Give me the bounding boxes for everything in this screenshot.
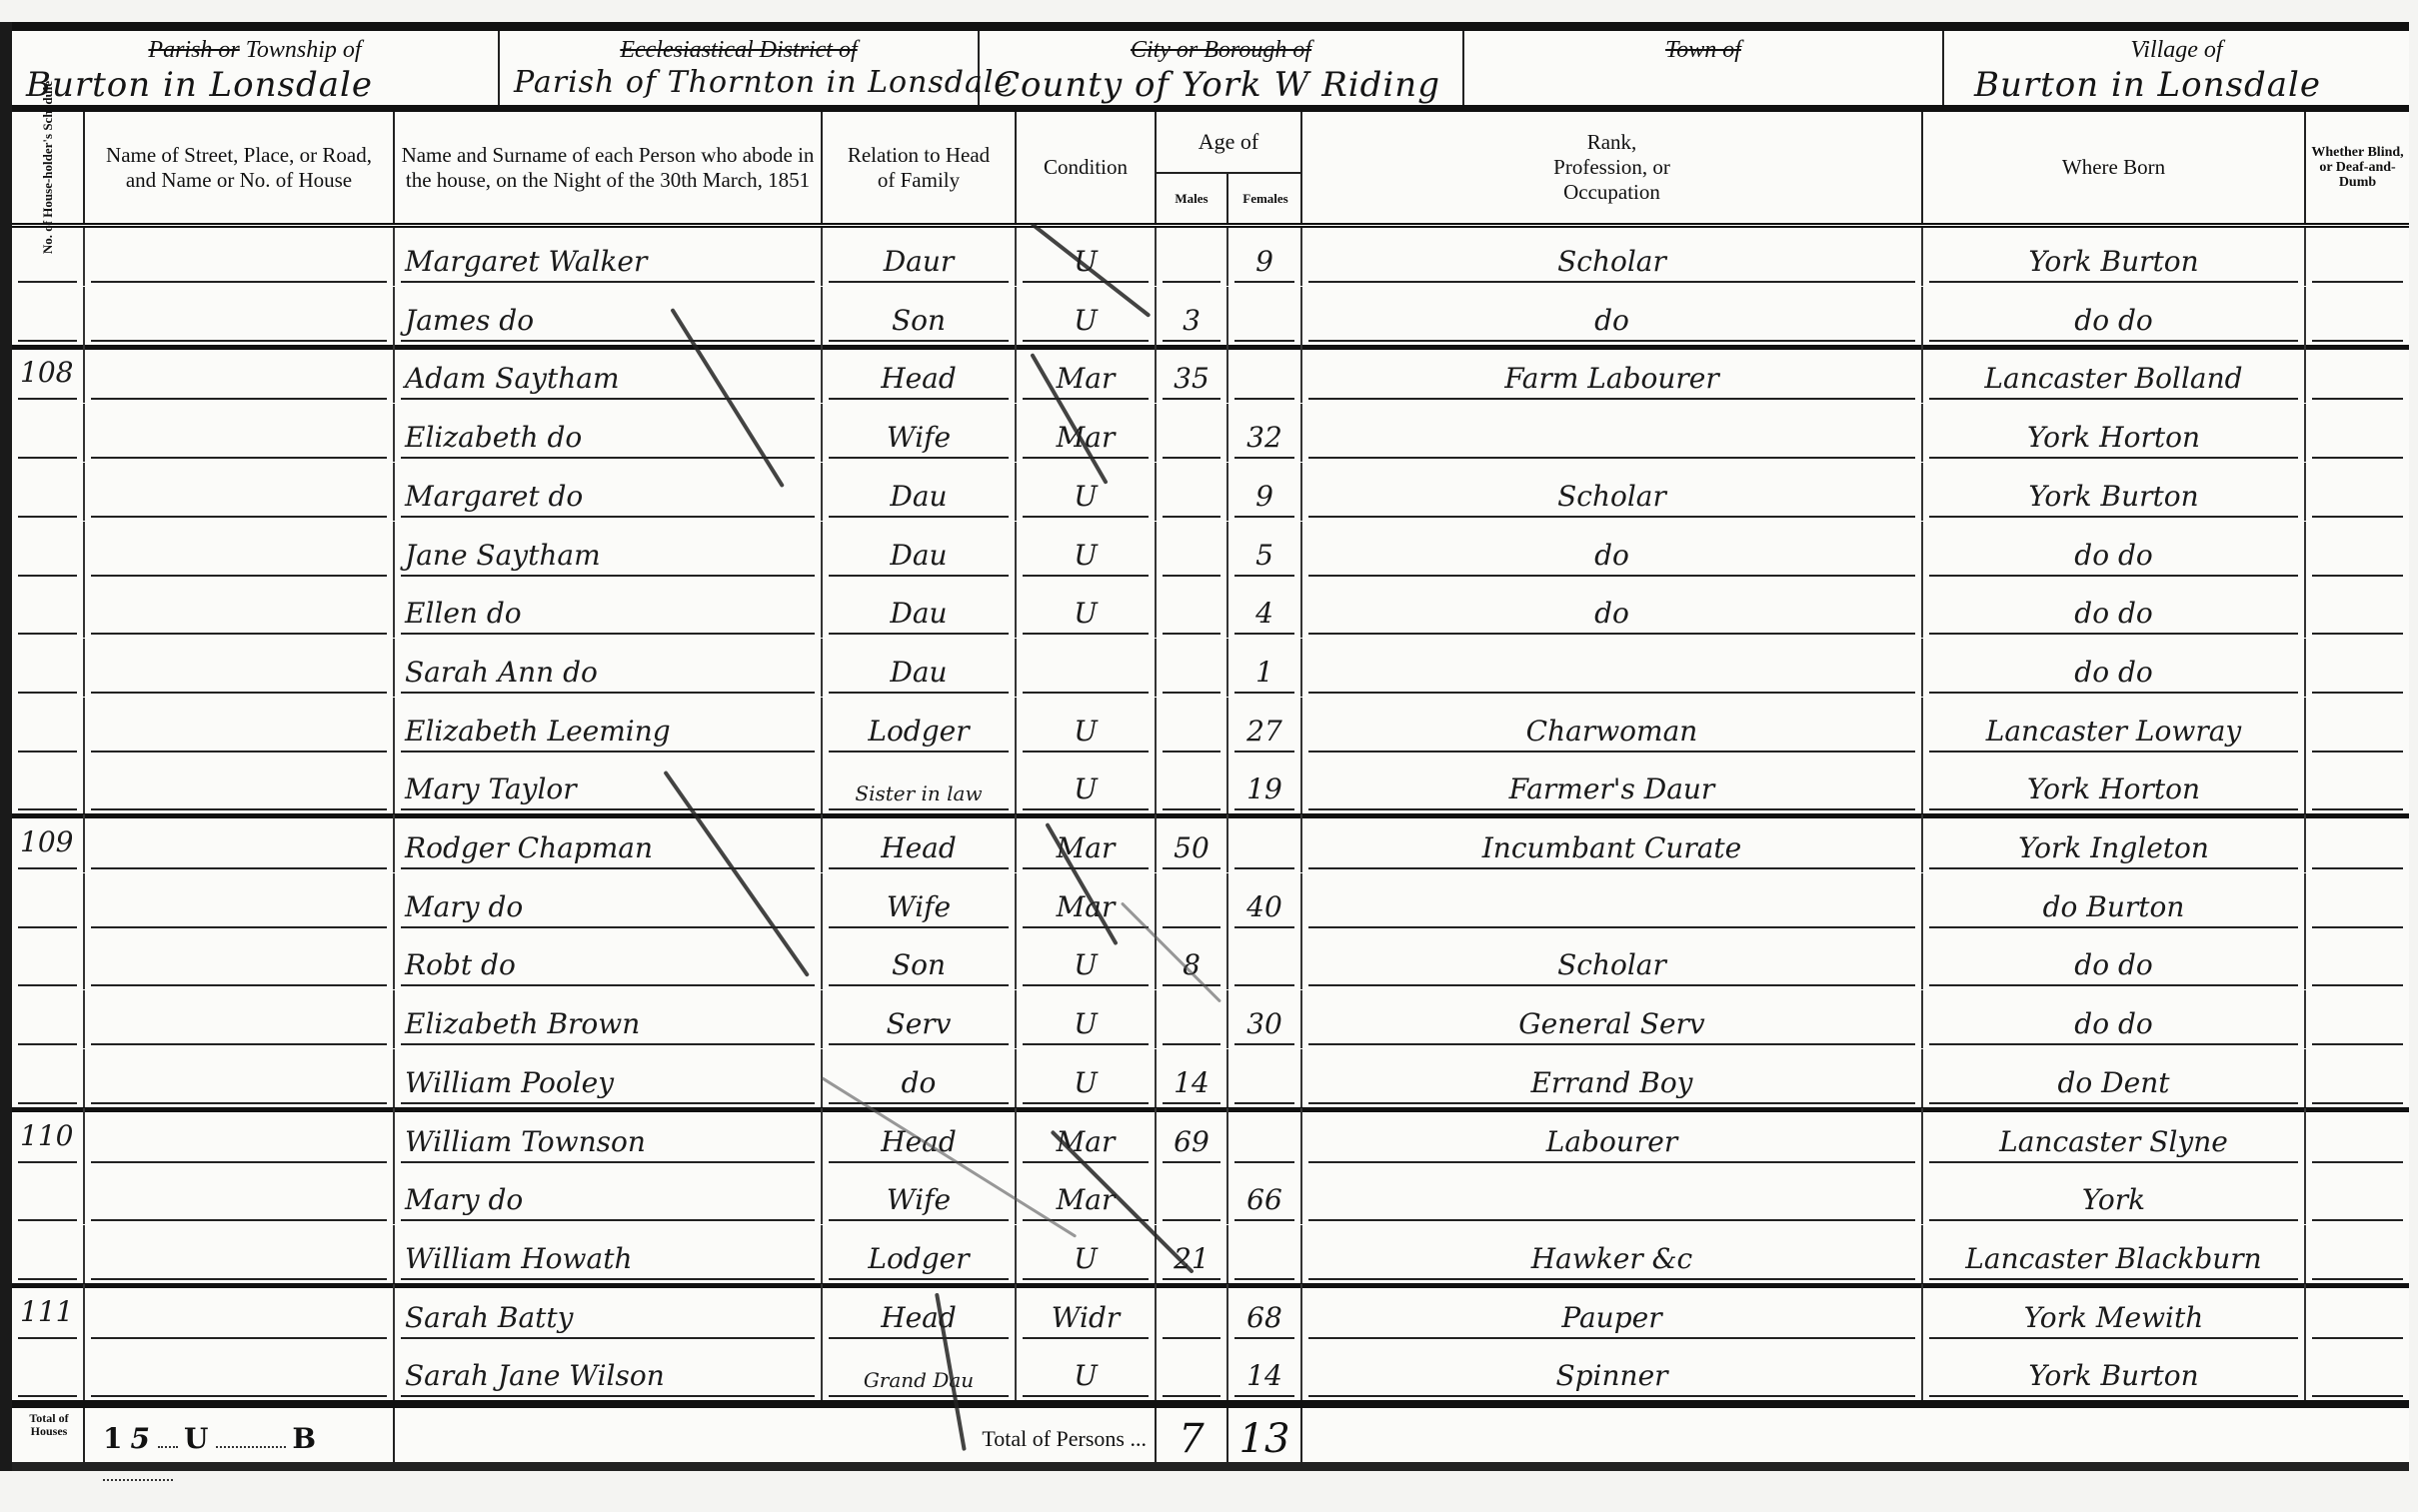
street-address-cell <box>85 814 395 872</box>
census-row: Mary TaylorSister in lawU19Farmer's Daur… <box>12 756 2409 818</box>
person-name-cell: Sarah Batty <box>395 1284 823 1342</box>
male-age: 35 <box>1161 362 1222 395</box>
occupation-cell: do <box>1302 287 1923 345</box>
town-label: Town of <box>1464 37 1942 64</box>
where-born: do do <box>1927 656 2300 689</box>
street-address-cell <box>85 931 395 989</box>
ruled-line <box>1023 1278 1149 1280</box>
ruled-line <box>91 575 387 577</box>
schedule-number: 110 <box>20 1119 77 1152</box>
occupation-cell: Scholar <box>1302 931 1923 989</box>
total-houses-values: 15UB <box>103 1422 393 1488</box>
ruled-line <box>91 340 387 342</box>
person-name: Mary Taylor <box>405 772 815 805</box>
occupation-cell <box>1302 1166 1923 1224</box>
ruled-line <box>829 516 1009 518</box>
census-row: Margaret WalkerDaurU9ScholarYork Burton <box>12 228 2409 286</box>
ruled-line <box>1929 633 2298 635</box>
where-born: Lancaster Blackburn <box>1927 1242 2300 1275</box>
female-age-cell: 40 <box>1228 873 1302 931</box>
where-born-cell: York Burton <box>1923 228 2306 286</box>
person-name: William Townson <box>405 1125 815 1158</box>
marital-condition: U <box>1021 1007 1151 1040</box>
total-males-cell: 7 <box>1157 1408 1228 1462</box>
street-address-cell <box>85 1342 395 1400</box>
male-age-cell: 8 <box>1157 931 1228 989</box>
ruled-line <box>1308 1219 1915 1221</box>
male-age-cell <box>1157 1342 1228 1400</box>
ruled-line <box>1023 281 1149 283</box>
ruled-line <box>1023 1102 1149 1104</box>
ruled-line <box>829 1278 1009 1280</box>
total-houses-label: Total of Houses <box>14 1412 84 1438</box>
ruled-line <box>18 808 77 810</box>
ruled-line <box>401 1219 815 1221</box>
where-born: Lancaster Bolland <box>1927 362 2300 395</box>
census-row: Elizabeth LeemingLodgerU27CharwomanLanca… <box>12 698 2409 756</box>
male-age: 3 <box>1161 304 1222 337</box>
ruled-line <box>1929 1395 2298 1397</box>
ruled-line <box>401 398 815 400</box>
houses-building-label: B <box>292 1422 316 1455</box>
female-age: 5 <box>1232 539 1296 572</box>
ruled-line <box>1308 1161 1915 1163</box>
header-street: Name of Street, Place, or Road, and Name… <box>85 112 395 223</box>
marital-condition-cell: U <box>1017 990 1157 1048</box>
ruled-line <box>1308 1102 1915 1104</box>
marital-condition: U <box>1021 715 1151 748</box>
ruled-line <box>1163 1337 1220 1339</box>
female-age-cell: 68 <box>1228 1284 1302 1342</box>
blind-deaf-dumb-cell <box>2306 1049 2409 1107</box>
ruled-line <box>2312 575 2403 577</box>
where-born-cell: do do <box>1923 931 2306 989</box>
male-age-cell <box>1157 228 1228 286</box>
ruled-line <box>1234 340 1294 342</box>
ruled-line <box>2312 751 2403 753</box>
ruled-line <box>401 867 815 869</box>
occupation-cell: do <box>1302 580 1923 638</box>
blind-deaf-dumb-cell <box>2306 639 2409 697</box>
schedule-number-cell <box>12 1342 85 1400</box>
marital-condition-cell: Mar <box>1017 814 1157 872</box>
marital-condition-cell: U <box>1017 1049 1157 1107</box>
ruled-line <box>1023 398 1149 400</box>
female-age-cell <box>1228 931 1302 989</box>
blind-deaf-dumb-cell <box>2306 345 2409 403</box>
person-name: Jane Saytham <box>405 539 815 572</box>
schedule-number-cell <box>12 404 85 462</box>
relation-to-head-cell: Lodger <box>823 1225 1017 1283</box>
ruled-line <box>2312 633 2403 635</box>
total-persons-label: Total of Persons ... <box>982 1426 1147 1452</box>
relation-to-head: Son <box>827 948 1011 981</box>
schedule-number-cell: 111 <box>12 1284 85 1342</box>
ruled-line <box>1023 751 1149 753</box>
relation-to-head: Sister in law <box>827 781 1011 805</box>
person-name: William Howath <box>405 1242 815 1275</box>
ruled-line <box>829 1043 1009 1045</box>
person-name-cell: Ellen do <box>395 580 823 638</box>
ruled-line <box>1308 808 1915 810</box>
male-age-cell <box>1157 522 1228 580</box>
person-name: Mary do <box>405 1183 815 1216</box>
ruled-line <box>1929 1161 2298 1163</box>
occupation-cell: General Serv <box>1302 990 1923 1048</box>
street-address-cell <box>85 463 395 521</box>
ruled-line <box>91 398 387 400</box>
female-age-cell <box>1228 1225 1302 1283</box>
relation-to-head-cell: Grand Dau <box>823 1342 1017 1400</box>
ruled-line <box>1234 751 1294 753</box>
ruled-line <box>1163 633 1220 635</box>
street-address-cell <box>85 756 395 813</box>
ruled-line <box>1023 633 1149 635</box>
where-born: York Ingleton <box>1927 831 2300 864</box>
relation-to-head-cell: Serv <box>823 990 1017 1048</box>
ruled-line <box>91 1337 387 1339</box>
ruled-line <box>2312 1278 2403 1280</box>
marital-condition-cell: Widr <box>1017 1284 1157 1342</box>
marital-condition: Mar <box>1021 1125 1151 1158</box>
relation-to-head-cell: Dau <box>823 639 1017 697</box>
ruled-line <box>91 692 387 694</box>
ruled-line <box>1163 926 1220 928</box>
totals-empty-cell <box>1302 1408 2409 1462</box>
occupation-cell: Labourer <box>1302 1108 1923 1166</box>
census-row: 109Rodger ChapmanHeadMar50Incumbant Cura… <box>12 814 2409 872</box>
census-row: 108Adam SaythamHeadMar35Farm LabourerLan… <box>12 345 2409 403</box>
relation-to-head-cell: Son <box>823 931 1017 989</box>
ruled-line <box>1234 1219 1294 1221</box>
ruled-line <box>18 1219 77 1221</box>
marital-condition-cell: U <box>1017 463 1157 521</box>
ruled-line <box>1163 1161 1220 1163</box>
census-row: Mary doWifeMar40do Burton <box>12 873 2409 931</box>
marital-condition-cell: U <box>1017 580 1157 638</box>
ruled-line <box>1308 751 1915 753</box>
ruled-line <box>1163 1278 1220 1280</box>
relation-to-head-cell: Lodger <box>823 698 1017 756</box>
ruled-line <box>91 1043 387 1045</box>
marital-condition-cell: Mar <box>1017 345 1157 403</box>
street-address-cell <box>85 522 395 580</box>
houses-inhabited: 5 <box>130 1422 149 1455</box>
ruled-line <box>1929 1278 2298 1280</box>
header-relation: Relation to Head of Family <box>823 112 1017 223</box>
street-address-cell <box>85 698 395 756</box>
relation-to-head-cell: Dau <box>823 522 1017 580</box>
blind-deaf-dumb-cell <box>2306 404 2409 462</box>
ruled-line <box>1163 575 1220 577</box>
blind-deaf-dumb-cell <box>2306 931 2409 989</box>
marital-condition: U <box>1021 304 1151 337</box>
blind-deaf-dumb-cell <box>2306 990 2409 1048</box>
ruled-line <box>829 926 1009 928</box>
ruled-line <box>401 1278 815 1280</box>
occupation: General Serv <box>1306 1007 1917 1040</box>
ruled-line <box>1929 1219 2298 1221</box>
female-age-cell: 19 <box>1228 756 1302 813</box>
census-row: 111Sarah BattyHeadWidr68PauperYork Mewit… <box>12 1284 2409 1342</box>
person-name-cell: Mary do <box>395 1166 823 1224</box>
street-address-cell <box>85 228 395 286</box>
occupation: Incumbant Curate <box>1306 831 1917 864</box>
female-age-cell: 27 <box>1228 698 1302 756</box>
schedule-number-cell <box>12 990 85 1048</box>
blind-deaf-dumb-cell <box>2306 1225 2409 1283</box>
schedule-number-cell <box>12 463 85 521</box>
ruled-line <box>1929 751 2298 753</box>
person-name: Adam Saytham <box>405 362 815 395</box>
female-age: 40 <box>1232 890 1296 923</box>
ruled-line <box>1023 808 1149 810</box>
blind-deaf-dumb-cell <box>2306 814 2409 872</box>
male-age-cell <box>1157 698 1228 756</box>
ruled-line <box>401 1161 815 1163</box>
census-row: Elizabeth doWifeMar32York Horton <box>12 404 2409 462</box>
header-name: Name and Surname of each Person who abod… <box>395 112 823 223</box>
ruled-line <box>2312 1043 2403 1045</box>
ruled-line <box>18 1161 77 1163</box>
street-address-cell <box>85 990 395 1048</box>
ruled-line <box>2312 457 2403 459</box>
ruled-line <box>1023 1219 1149 1221</box>
schedule-number-cell: 110 <box>12 1108 85 1166</box>
where-born: do Burton <box>1927 890 2300 923</box>
relation-to-head-cell: Head <box>823 814 1017 872</box>
ruled-line <box>91 1278 387 1280</box>
header-occupation: Rank, Profession, or Occupation <box>1302 112 1923 223</box>
ruled-line <box>1308 984 1915 986</box>
where-born-cell: do do <box>1923 990 2306 1048</box>
where-born-cell: do Dent <box>1923 1049 2306 1107</box>
schedule-number-cell: 109 <box>12 814 85 872</box>
female-age-cell: 5 <box>1228 522 1302 580</box>
person-name: Margaret do <box>405 480 815 513</box>
township-value: Burton in Lonsdale <box>26 65 488 105</box>
relation-to-head: Head <box>827 831 1011 864</box>
relation-to-head: Son <box>827 304 1011 337</box>
ruled-line <box>1929 575 2298 577</box>
marital-condition: U <box>1021 772 1151 805</box>
ruled-line <box>18 751 77 753</box>
ruled-line <box>829 751 1009 753</box>
blind-deaf-dumb-cell <box>2306 873 2409 931</box>
schedule-number-cell <box>12 639 85 697</box>
census-row: Margaret doDauU9ScholarYork Burton <box>12 463 2409 521</box>
female-age-cell: 30 <box>1228 990 1302 1048</box>
person-name: Ellen do <box>405 597 815 630</box>
houses-uninhabited-label: U <box>184 1422 208 1455</box>
header-condition: Condition <box>1017 112 1157 223</box>
where-born: York Burton <box>1927 245 2300 278</box>
ruled-line <box>829 867 1009 869</box>
ruled-line <box>1234 1395 1294 1397</box>
occupation-cell <box>1302 639 1923 697</box>
ruled-line <box>18 575 77 577</box>
where-born-cell: York Horton <box>1923 404 2306 462</box>
ruled-line <box>829 692 1009 694</box>
ruled-line <box>1308 281 1915 283</box>
ruled-line <box>1023 867 1149 869</box>
where-born: Lancaster Slyne <box>1927 1125 2300 1158</box>
houses-inhabited-prefix: 1 <box>103 1422 122 1455</box>
person-name-cell: Mary Taylor <box>395 756 823 813</box>
schedule-number-cell <box>12 580 85 638</box>
occupation: do <box>1306 539 1917 572</box>
census-row: Sarah Ann doDau1do do <box>12 639 2409 697</box>
ruled-line <box>1163 1219 1220 1221</box>
ruled-line <box>18 281 77 283</box>
male-age-cell <box>1157 639 1228 697</box>
schedule-number-cell <box>12 873 85 931</box>
person-name-cell: Sarah Ann do <box>395 639 823 697</box>
census-row: Robt doSonU8Scholardo do <box>12 931 2409 989</box>
person-name: Sarah Jane Wilson <box>405 1359 815 1392</box>
census-row: Sarah Jane WilsonGrand DauU14SpinnerYork… <box>12 1342 2409 1405</box>
marital-condition: Widr <box>1021 1301 1151 1334</box>
male-age-cell: 14 <box>1157 1049 1228 1107</box>
ruled-line <box>829 340 1009 342</box>
ruled-line <box>1163 1043 1220 1045</box>
male-age: 50 <box>1161 831 1222 864</box>
census-row: Ellen doDauU4dodo do <box>12 580 2409 638</box>
where-born-cell: Lancaster Bolland <box>1923 345 2306 403</box>
ruled-line <box>829 1102 1009 1104</box>
ruled-line <box>18 1395 77 1397</box>
ruled-line <box>1929 1102 2298 1104</box>
female-age-cell <box>1228 814 1302 872</box>
ruled-line <box>401 1395 815 1397</box>
where-born-cell: York Horton <box>1923 756 2306 813</box>
marital-condition: U <box>1021 245 1151 278</box>
occupation-cell: Charwoman <box>1302 698 1923 756</box>
ruled-line <box>1234 1161 1294 1163</box>
female-age: 4 <box>1232 597 1296 630</box>
ruled-line <box>1023 984 1149 986</box>
female-age-cell <box>1228 1108 1302 1166</box>
total-females-cell: 13 <box>1228 1408 1302 1462</box>
schedule-number-cell <box>12 228 85 286</box>
census-sheet: Parish or Township of Burton in Lonsdale… <box>12 22 2409 1471</box>
ruled-line <box>18 692 77 694</box>
ruled-line <box>18 1278 77 1280</box>
marital-condition: Mar <box>1021 831 1151 864</box>
marital-condition-cell: U <box>1017 228 1157 286</box>
where-born-cell: Lancaster Lowray <box>1923 698 2306 756</box>
relation-to-head-cell: Son <box>823 287 1017 345</box>
occupation: Pauper <box>1306 1301 1917 1334</box>
marital-condition-cell: U <box>1017 522 1157 580</box>
header-females: Females <box>1228 174 1302 223</box>
where-born: York Horton <box>1927 772 2300 805</box>
person-name: Rodger Chapman <box>405 831 815 864</box>
ruled-line <box>18 340 77 342</box>
female-age-cell: 66 <box>1228 1166 1302 1224</box>
schedule-number-cell <box>12 522 85 580</box>
schedule-number-cell <box>12 287 85 345</box>
person-name: William Pooley <box>405 1066 815 1099</box>
marital-condition-cell: U <box>1017 287 1157 345</box>
ruled-line <box>18 633 77 635</box>
occupation: Scholar <box>1306 245 1917 278</box>
street-address-cell <box>85 345 395 403</box>
ruled-line <box>1308 1337 1915 1339</box>
ruled-line <box>18 398 77 400</box>
ruled-line <box>91 1219 387 1221</box>
ruled-line <box>401 1337 815 1339</box>
where-born-cell: do Burton <box>1923 873 2306 931</box>
relation-to-head: Wife <box>827 1183 1011 1216</box>
ruled-line <box>1308 1043 1915 1045</box>
ruled-line <box>829 1161 1009 1163</box>
relation-to-head: Head <box>827 362 1011 395</box>
ruled-line <box>1308 1395 1915 1397</box>
relation-to-head: Dau <box>827 480 1011 513</box>
person-name-cell: Elizabeth Brown <box>395 990 823 1048</box>
header-males: Males <box>1157 174 1228 223</box>
ruled-line <box>829 575 1009 577</box>
city-borough-label: City or Borough of <box>980 37 1462 64</box>
male-age-cell: 35 <box>1157 345 1228 403</box>
person-name-cell: Elizabeth Leeming <box>395 698 823 756</box>
blind-deaf-dumb-cell <box>2306 1342 2409 1400</box>
ruled-line <box>1023 692 1149 694</box>
relation-to-head-cell: Wife <box>823 1166 1017 1224</box>
relation-to-head: Head <box>827 1125 1011 1158</box>
occupation-cell: Incumbant Curate <box>1302 814 1923 872</box>
ruled-line <box>2312 926 2403 928</box>
male-age-cell <box>1157 873 1228 931</box>
marital-condition-cell: Mar <box>1017 1108 1157 1166</box>
where-born-cell: York Burton <box>1923 1342 2306 1400</box>
ruled-line <box>91 1395 387 1397</box>
village-cell: Village of Burton in Lonsdale <box>1944 31 2409 105</box>
ruled-line <box>1308 633 1915 635</box>
ruled-line <box>1023 1337 1149 1339</box>
male-age-cell <box>1157 756 1228 813</box>
header-where-born: Where Born <box>1923 112 2306 223</box>
relation-to-head: Head <box>827 1301 1011 1334</box>
ruled-line <box>401 926 815 928</box>
person-name-cell: William Howath <box>395 1225 823 1283</box>
female-age-cell <box>1228 287 1302 345</box>
relation-to-head-cell: Daur <box>823 228 1017 286</box>
occupation-cell <box>1302 873 1923 931</box>
ruled-line <box>2312 984 2403 986</box>
ruled-line <box>1929 398 2298 400</box>
census-row: James doSonU3dodo do <box>12 287 2409 350</box>
village-value: Burton in Lonsdale <box>1974 65 2399 105</box>
person-name-cell: Elizabeth do <box>395 404 823 462</box>
street-address-cell <box>85 1166 395 1224</box>
ruled-line <box>1234 516 1294 518</box>
street-address-cell <box>85 287 395 345</box>
ruled-line <box>1929 926 2298 928</box>
township-label: Parish or Township of <box>12 37 498 64</box>
ruled-line <box>91 867 387 869</box>
female-age: 9 <box>1232 245 1296 278</box>
male-age-cell: 3 <box>1157 287 1228 345</box>
header-blind-deaf: Whether Blind, or Deaf-and-Dumb <box>2306 112 2409 223</box>
occupation: Errand Boy <box>1306 1066 1917 1099</box>
person-name-cell: Robt do <box>395 931 823 989</box>
occupation: do <box>1306 304 1917 337</box>
ruled-line <box>1308 867 1915 869</box>
occupation-cell: do <box>1302 522 1923 580</box>
ruled-line <box>1234 457 1294 459</box>
